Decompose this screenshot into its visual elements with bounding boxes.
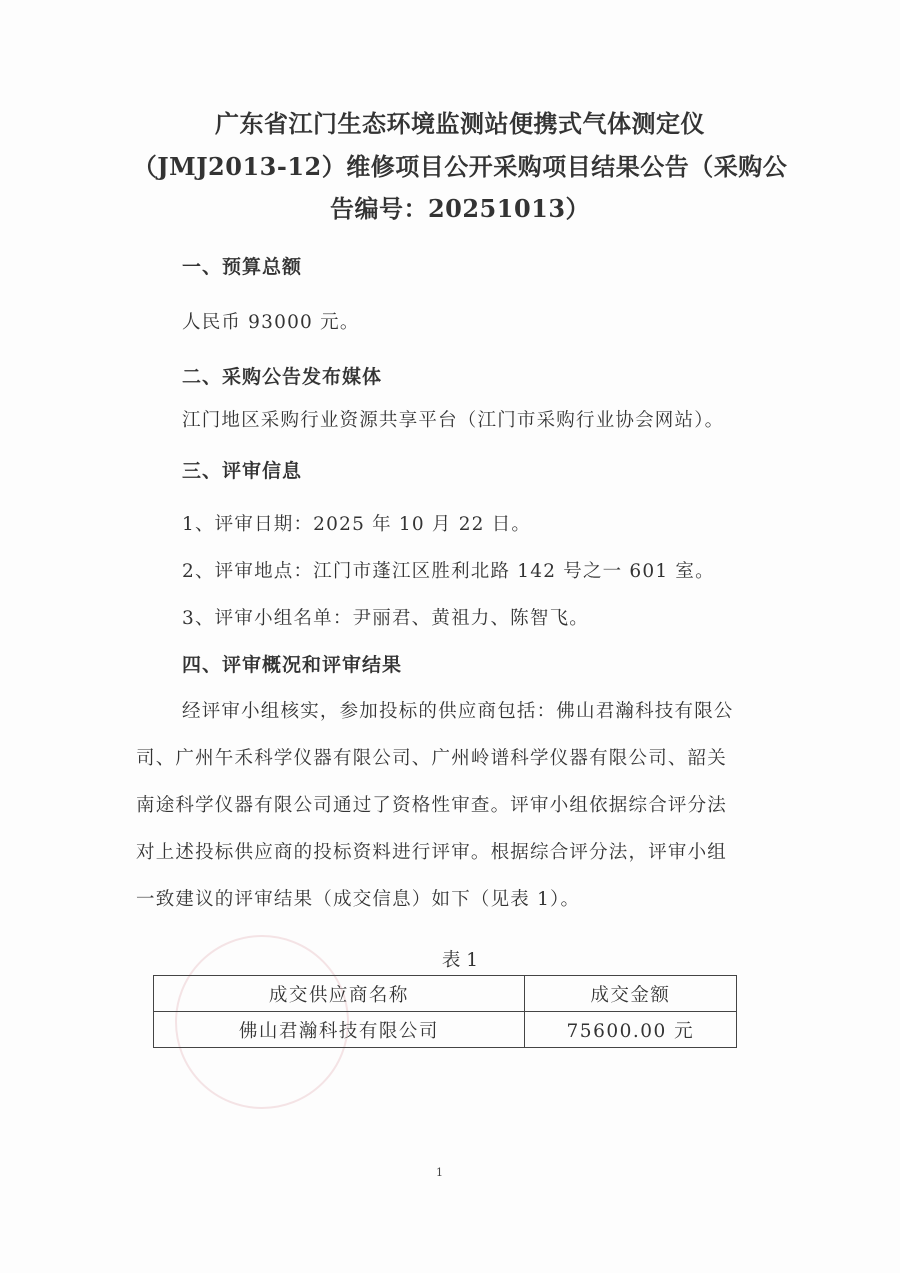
cell-deal-amount: 75600.00 元 — [524, 1012, 736, 1048]
result-paragraph-line-3: 南途科学仪器有限公司通过了资格性审查。评审小组依据综合评分法 — [136, 791, 727, 817]
title-line-3: 告编号：20251013） — [130, 189, 790, 224]
header-deal-amount: 成交金额 — [524, 976, 736, 1012]
table-header-row: 成交供应商名称 成交金额 — [154, 976, 737, 1012]
section-heading-review-result: 四、评审概况和评审结果 — [182, 650, 402, 677]
result-paragraph-line-2: 司、广州午禾科学仪器有限公司、广州岭谱科学仪器有限公司、韶关 — [136, 744, 727, 770]
result-paragraph-line-4: 对上述投标供应商的投标资料进行评审。根据综合评分法，评审小组 — [136, 838, 727, 864]
document-page: 广东省江门生态环境监测站便携式气体测定仪 （JMJ2013-12）维修项目公开采… — [0, 0, 900, 1273]
table-row: 佛山君瀚科技有限公司 75600.00 元 — [154, 1012, 737, 1048]
header-supplier-name: 成交供应商名称 — [154, 976, 525, 1012]
publication-media: 江门地区采购行业资源共享平台（江门市采购行业协会网站）。 — [182, 406, 724, 432]
section-heading-budget: 一、预算总额 — [182, 252, 302, 279]
result-paragraph-line-1: 经评审小组核实，参加投标的供应商包括：佛山君瀚科技有限公 — [182, 697, 734, 723]
review-panel: 3、评审小组名单：尹丽君、黄祖力、陈智飞。 — [182, 604, 589, 630]
title-line-2: （JMJ2013-12）维修项目公开采购项目结果公告（采购公 — [130, 147, 790, 182]
title-line-1: 广东省江门生态环境监测站便携式气体测定仪 — [130, 104, 790, 139]
result-table: 成交供应商名称 成交金额 佛山君瀚科技有限公司 75600.00 元 — [153, 975, 737, 1048]
section-heading-media: 二、采购公告发布媒体 — [182, 362, 382, 389]
result-paragraph-line-5: 一致建议的评审结果（成交信息）如下（见表 1）。 — [136, 885, 580, 911]
review-date: 1、评审日期：2025 年 10 月 22 日。 — [182, 510, 531, 536]
budget-amount: 人民币 93000 元。 — [182, 308, 360, 334]
page-number: 1 — [436, 1166, 443, 1179]
section-heading-review-info: 三、评审信息 — [182, 456, 302, 483]
cell-supplier-name: 佛山君瀚科技有限公司 — [154, 1012, 525, 1048]
table-caption: 表 1 — [410, 946, 510, 972]
review-location: 2、评审地点：江门市蓬江区胜利北路 142 号之一 601 室。 — [182, 557, 715, 583]
